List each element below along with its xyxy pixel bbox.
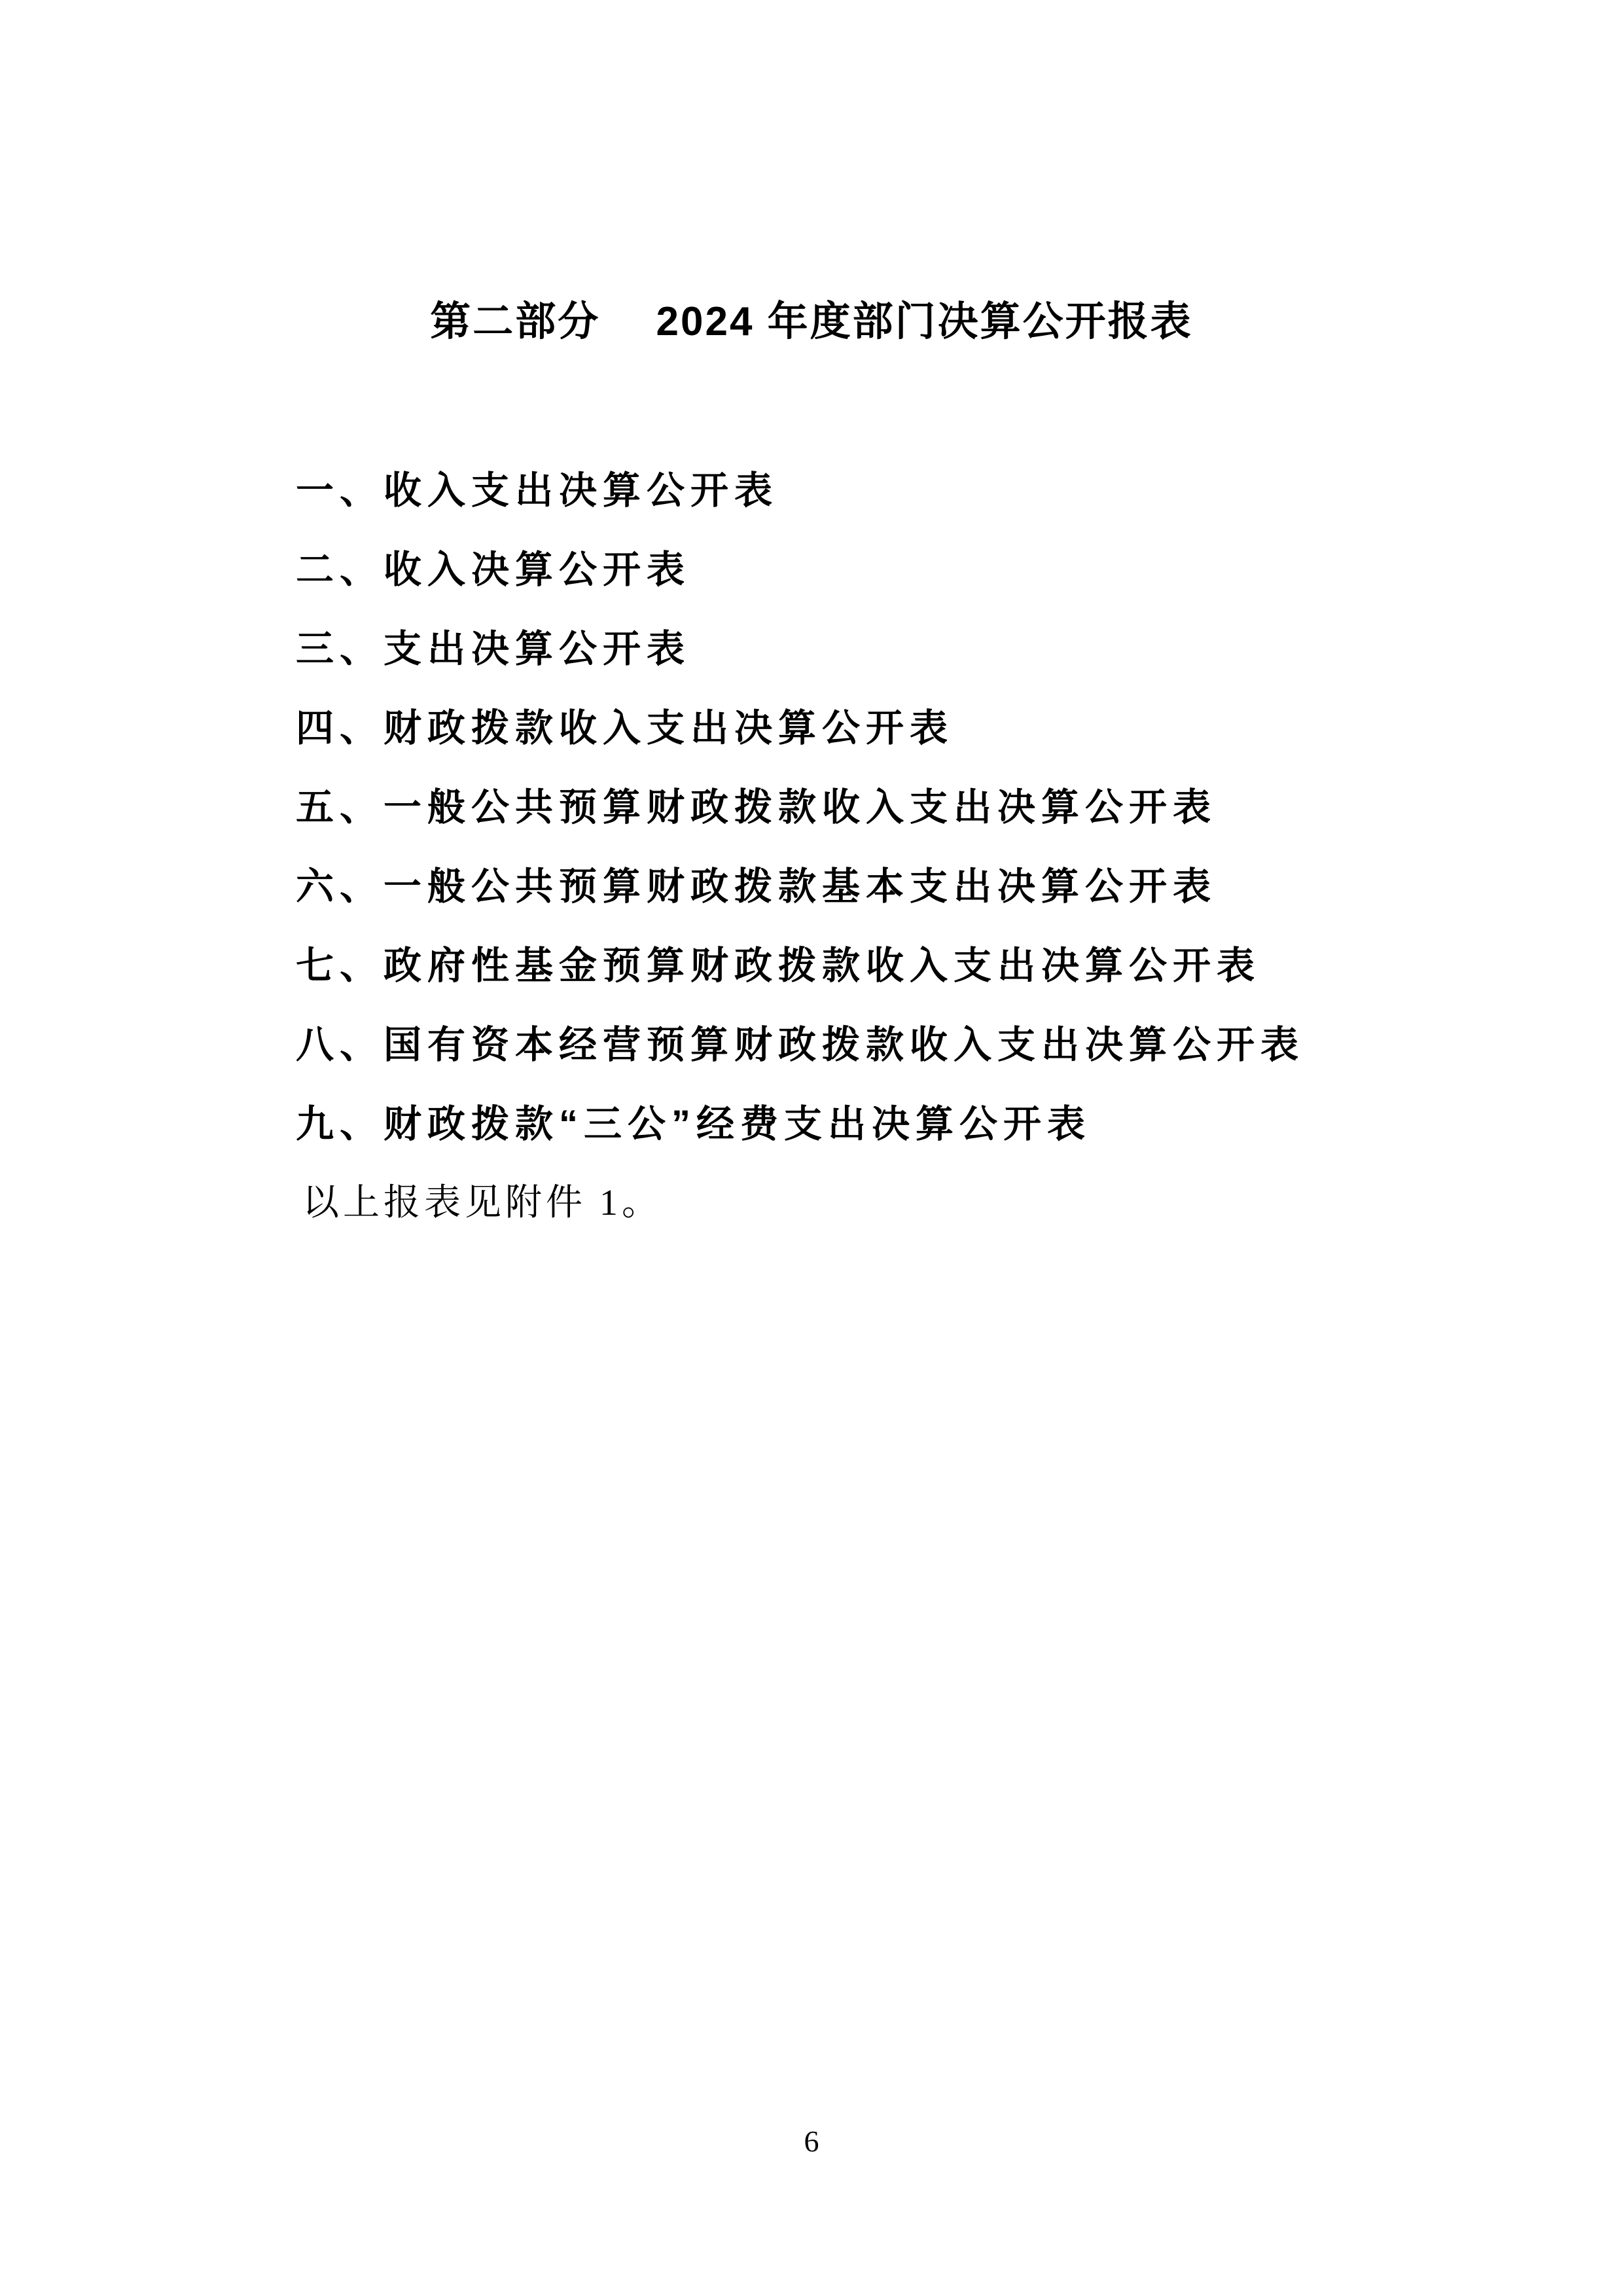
report-list: 一、收入支出决算公开表 二、收入决算公开表 三、支出决算公开表 四、财政拨款收入…: [296, 451, 1427, 1164]
report-list-item: 三、支出决算公开表: [296, 609, 1427, 689]
report-list-item: 九、财政拨款“三公”经费支出决算公开表: [296, 1085, 1427, 1164]
report-list-item: 二、收入决算公开表: [296, 530, 1427, 609]
section-title: 第二部分 2024 年度部门决算公开报表: [0, 296, 1623, 348]
report-list-item: 五、一般公共预算财政拨款收入支出决算公开表: [296, 768, 1427, 847]
page-number: 6: [804, 2125, 819, 2158]
document-page: 第二部分 2024 年度部门决算公开报表 一、收入支出决算公开表 二、收入决算公…: [0, 0, 1623, 2296]
report-list-item: 八、国有资本经营预算财政拨款收入支出决算公开表: [296, 1005, 1427, 1085]
report-list-item: 四、财政拨款收入支出决算公开表: [296, 689, 1427, 768]
closing-note: 以上报表见附件 1。: [302, 1164, 662, 1243]
report-list-item: 六、一般公共预算财政拨款基本支出决算公开表: [296, 847, 1427, 926]
report-list-item: 七、政府性基金预算财政拨款收入支出决算公开表: [296, 926, 1427, 1005]
page-footer: 6: [0, 2125, 1623, 2159]
report-list-item: 一、收入支出决算公开表: [296, 451, 1427, 530]
